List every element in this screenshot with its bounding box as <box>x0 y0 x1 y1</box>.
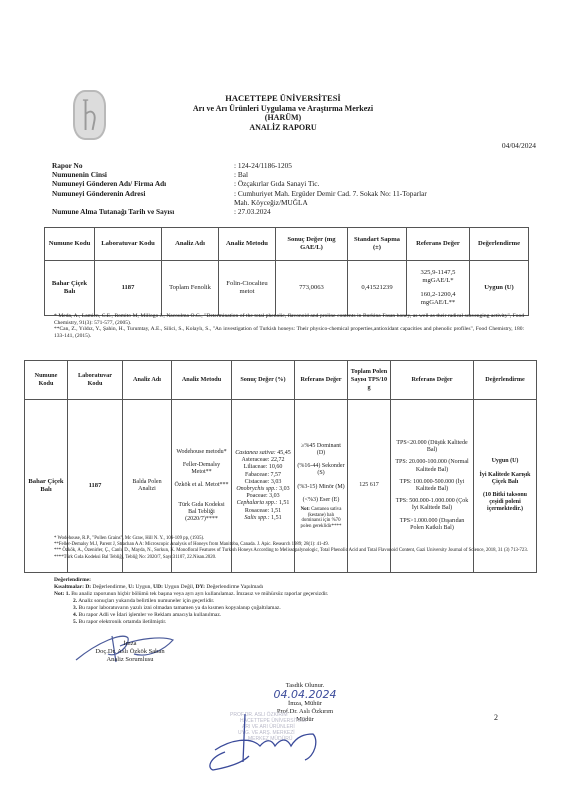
col-header: Analiz Metodu <box>172 361 232 400</box>
reference-1: 325,9-1147,5 mgGAE/L* <box>409 269 467 285</box>
note-item: 5. Bu rapor elektronik ortamda iletilmiş… <box>54 619 534 626</box>
center-name: Arı ve Arı Ürünleri Uygulama ve Araştırm… <box>0 104 566 114</box>
abbr-value: Değerlendirme Yapılmadı <box>206 584 263 590</box>
meta-label: Numunenin Cinsi <box>52 170 234 179</box>
page-number: 2 <box>494 713 498 722</box>
report-header: HACETTEPE ÜNİVERSİTESİ Arı ve Arı Ürünle… <box>0 94 566 132</box>
evaluation-status: Uygun (U) <box>476 458 534 465</box>
note-text: Analiz sonuçları yukarıda belirtilen num… <box>78 598 214 604</box>
sign-label: İmza <box>60 640 200 648</box>
pollen-taxon: Asteraceae: 22,72 <box>234 457 292 464</box>
phenolic-results-table: Numune Kodu Laboratuvar Kodu Analiz Adı … <box>44 227 529 316</box>
meta-label: Numuneyi Gönderen Adı/ Firma Adı <box>52 179 234 188</box>
reference-value: 325,9-1147,5 mgGAE/L* 160,2-1200,4 mgGAE… <box>407 261 470 316</box>
abbr-key: U: <box>128 584 134 590</box>
report-meta: Rapor No: 124-24/1186-1205 Numunenin Cin… <box>52 161 554 216</box>
abbr-key: DY: <box>196 584 205 590</box>
col-header: Sonuç Değer (mg GAE/L) <box>276 228 348 261</box>
table-row: Bahar Çiçek Balı 1187 Toplam Fenolik Fol… <box>45 261 529 316</box>
note-item: 4. Bu rapor Adli ve İdari işlemler ve Re… <box>54 612 534 619</box>
signature-block-analyst: İmza Doç.Dr. Aslı Özkök Saban Analiz Sor… <box>60 640 200 664</box>
note-number: 4. <box>73 612 77 618</box>
note-number: 5. <box>73 619 77 625</box>
tps-ref: TPS<20.000 (Düşük Kalitede Bal) <box>393 440 471 454</box>
signer-name: Doç.Dr. Aslı Özkök Saban <box>60 648 200 656</box>
method-item: Feller-Demalsy Metot** <box>174 462 229 476</box>
col-header: Analiz Adı <box>123 361 172 400</box>
col-header: Numune Kodu <box>25 361 68 400</box>
meta-value: : Bal <box>234 170 554 179</box>
lab-code: 1187 <box>95 261 162 316</box>
col-header: Toplam Polen Sayısı TPS/10 g <box>348 361 391 400</box>
tps-ref: TPS: 100.000-500.000 (İyi Kalitede Bal) <box>393 479 471 493</box>
meta-label: Numune Alma Tutanağı Tarih ve Sayısı <box>52 207 234 216</box>
ref-note-label: Not: <box>301 507 310 512</box>
method-item: Özkök et al. Metot*** <box>174 482 229 489</box>
pollen-taxon: Cistaceae: 3,03 <box>234 479 292 486</box>
table-header-row: Numune Kodu Laboratuvar Kodu Analiz Adı … <box>45 228 529 261</box>
meta-row: Mah. Köyceğiz/MUĞLA <box>52 198 554 207</box>
pollen-taxon: Liliaceae: 10,60 <box>234 464 292 471</box>
table1-references: * Meda, A., Lamien, C.E., Romito M, Mill… <box>54 313 524 339</box>
reference-entry: ****Türk Gıda Kodeksi Bal Tebliği, Tebli… <box>54 555 534 561</box>
pollen-taxon: Salix spp.: 1,51 <box>234 515 292 522</box>
col-header: Laboratuvar Kodu <box>95 228 162 261</box>
method-item: Türk Gıda Kodeksi Bal Tebliği (2020/7)**… <box>174 502 229 524</box>
note-text: Bu analiz raporunun hiçbir bölümü tek ba… <box>71 591 328 597</box>
evaluation: Uygun (U) <box>470 261 529 316</box>
col-header: Sonuç Değer (%) <box>232 361 295 400</box>
meta-row: Numunenin Cinsi: Bal <box>52 170 554 179</box>
note-label: Not: <box>54 591 64 597</box>
col-header: Standart Sapma (±) <box>348 228 407 261</box>
tps-ref: TPS>1.000.000 (Dışarıdan Polen Katkılı B… <box>393 518 471 532</box>
pollen-taxon: Onobrychis spp.: 3,03 <box>234 486 292 493</box>
abbr-value: Uygun Değil, <box>164 584 194 590</box>
abbr-value: Değerlendirme, <box>93 584 127 590</box>
col-header: Değerlendirme <box>470 228 529 261</box>
ref-class: ≥%45 Dominant (D) <box>297 443 345 457</box>
col-header: Numune Kodu <box>45 228 95 261</box>
ref-class: (%16-44) Sekonder (S) <box>297 463 345 477</box>
meta-row: Numuneyi Gönderen Adı/ Firma Adı: Özçakı… <box>52 179 554 188</box>
meta-label <box>52 198 234 207</box>
tps-ref: TPS: 20.000-100.000 (Normal Kalitede Bal… <box>393 459 471 473</box>
analysis-name: Toplam Fenolik <box>162 261 219 316</box>
sample-name: Bahar Çiçek Balı <box>45 261 95 316</box>
abbr-key: D: <box>85 584 91 590</box>
meta-value: : 27.03.2024 <box>234 207 554 216</box>
analysis-method: Folin-Ciocalteu metot <box>219 261 276 316</box>
note-number: 3. <box>73 605 77 611</box>
report-title: ANALİZ RAPORU <box>0 123 566 133</box>
col-header: Laboratuvar Kodu <box>68 361 123 400</box>
col-header: Değerlendirme <box>474 361 537 400</box>
reference-entry: *** Özkök, A., Özenirler, Ç., Canlı, D.,… <box>54 548 534 554</box>
pollen-taxon: Poaceae: 3,03 <box>234 493 292 500</box>
method-item: Wodehouse metodu* <box>174 449 229 456</box>
note-text: Bu rapor Adli ve İdari işlemler ve Rekla… <box>79 612 222 618</box>
signature-right-icon <box>205 712 335 774</box>
abbreviations: Kısaltmalar: D: Değerlendirme, U: Uygun,… <box>54 584 534 591</box>
meta-value: : Cumhuriyet Mah. Ergüder Demir Cad. 7. … <box>234 189 554 198</box>
note-item: 3. Bu rapor laboratuvarın yazılı izni ol… <box>54 605 534 612</box>
meta-row: Numuneyi Gönderenin Adresi: Cumhuriyet M… <box>52 189 554 198</box>
abbr-label: Kısaltmalar: <box>54 584 84 590</box>
reference-entry: **Can, Z., Yıldız, Y., Şahin, H., Turumt… <box>54 326 524 339</box>
pollen-taxon: Rosaceae: 1,51 <box>234 508 292 515</box>
university-name: HACETTEPE ÜNİVERSİTESİ <box>0 94 566 104</box>
meta-row: Rapor No: 124-24/1186-1205 <box>52 161 554 170</box>
ref-class: (<%3) Eser (E) <box>297 497 345 504</box>
notes-title: Değerlendirme: <box>54 577 534 584</box>
col-header: Referans Değer <box>391 361 474 400</box>
pollen-taxon: Fabaceae: 7,57 <box>234 472 292 479</box>
pollen-taxon: Cephalaria spp.: 1,51 <box>234 500 292 507</box>
reference-2: 160,2-1200,4 mgGAE/L** <box>409 291 467 307</box>
ref-class: (%3-15) Minör (M) <box>297 484 345 491</box>
report-date: 04/04/2024 <box>502 141 536 150</box>
result-value: 773,0063 <box>276 261 348 316</box>
abbr-key: UD: <box>153 584 163 590</box>
note-number: 2. <box>73 598 77 604</box>
evaluation-note: (10 Bitki taksonu çeşidi poleni içermekt… <box>476 492 534 514</box>
pollen-taxon: Castanea sativa: 45,45 <box>234 450 292 457</box>
note-item: Not: 1. Bu analiz raporunun hiçbir bölüm… <box>54 591 534 598</box>
note-text: Bu rapor laboratuvarın yazılı izni olmad… <box>79 605 281 611</box>
col-header: Referans Değer <box>295 361 348 400</box>
col-header: Analiz Metodu <box>219 228 276 261</box>
meta-row: Numune Alma Tutanağı Tarih ve Sayısı: 27… <box>52 207 554 216</box>
meta-value: : Özçakırlar Gıda Sanayi Tic. <box>234 179 554 188</box>
note-number: 1. <box>66 591 70 597</box>
std-deviation: 0,41521239 <box>348 261 407 316</box>
note-text: Bu rapor elektronik ortamda iletilmiştir… <box>79 619 167 625</box>
col-header: Referans Değer <box>407 228 470 261</box>
center-abbr: (HARÜM) <box>0 113 566 123</box>
evaluation-notes: Değerlendirme: Kısaltmalar: D: Değerlend… <box>54 577 534 626</box>
abbr-value: Uygun, <box>135 584 151 590</box>
evaluation-quality: İyi Kalitede Karışık Çiçek Balı <box>476 472 534 486</box>
sign-label: İmza, Mühür <box>240 700 370 708</box>
meta-label: Rapor No <box>52 161 234 170</box>
handwritten-date: 04.04.2024 <box>240 690 370 700</box>
table2-references: * Wodehouse, R.P., "Pollen Grains", Mc G… <box>54 536 534 561</box>
col-header: Analiz Adı <box>162 228 219 261</box>
note-item: 2. Analiz sonuçları yukarıda belirtilen … <box>54 598 534 605</box>
meta-label: Numuneyi Gönderenin Adresi <box>52 189 234 198</box>
reference-entry: * Meda, A., Lamien, C.E., Romito M, Mill… <box>54 313 524 326</box>
tps-ref: TPS: 500.000-1.000.000 (Çok İyi Kalitede… <box>393 498 471 512</box>
meta-value: Mah. Köyceğiz/MUĞLA <box>234 198 554 207</box>
ref-note: Not: Castanea sativa (kestane) balı domi… <box>297 507 345 529</box>
meta-value: : 124-24/1186-1205 <box>234 161 554 170</box>
table-header-row: Numune Kodu Laboratuvar Kodu Analiz Adı … <box>25 361 537 400</box>
signer-role: Analiz Sorumlusu <box>60 656 200 664</box>
